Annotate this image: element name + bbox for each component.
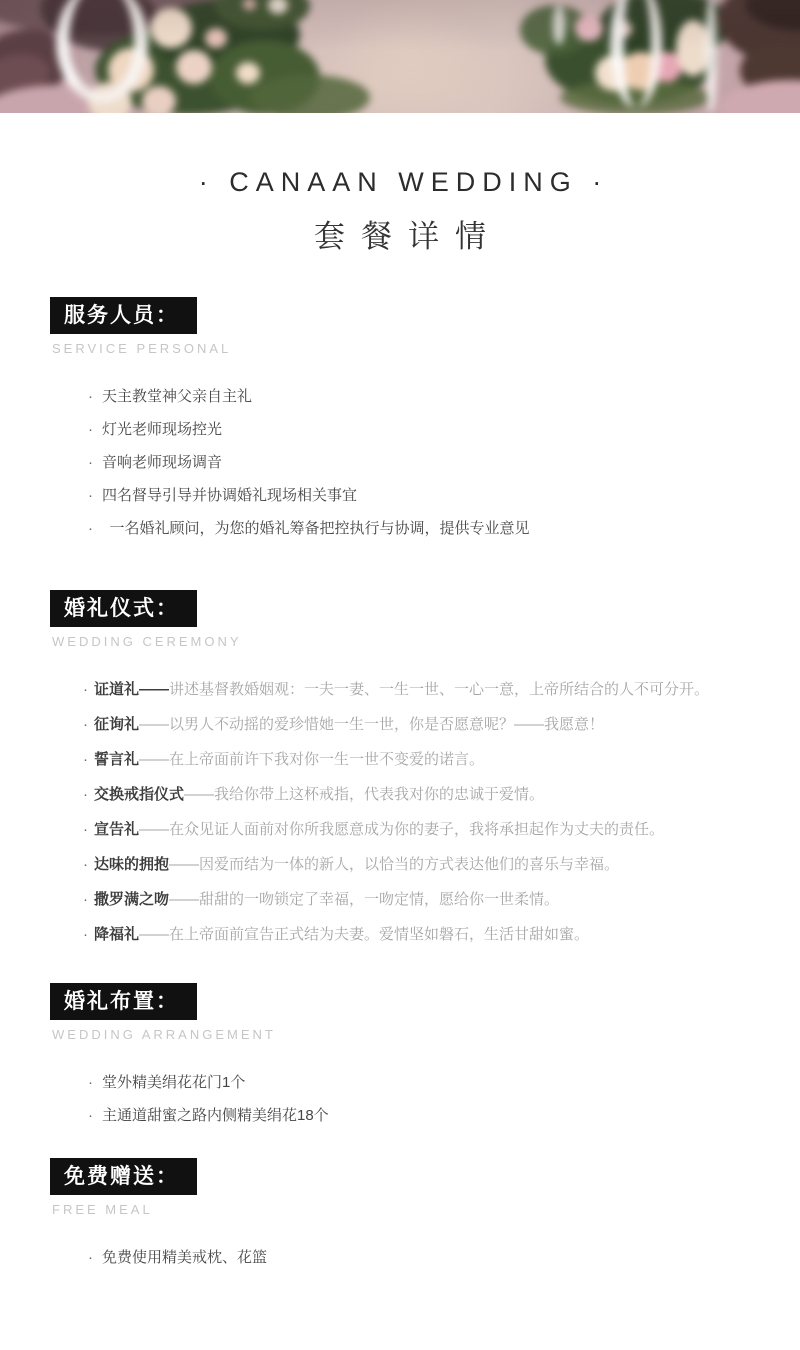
list-item: ·撒罗满之吻——甜甜的一吻锁定了幸福，一吻定情，愿给你一世柔情。: [83, 882, 800, 917]
section-title-badge: 婚礼仪式：: [50, 590, 197, 627]
list-item: ·宣告礼——在众见证人面前对你所我愿意成为你的妻子，我将承担起作为丈夫的责任。: [83, 812, 800, 847]
bullet-icon: ·: [83, 716, 88, 733]
ritual-term: 降福礼: [94, 926, 139, 943]
bullet-icon: ·: [83, 891, 88, 908]
bullet-icon: ·: [88, 1249, 93, 1266]
list-item: ·征询礼——以男人不动摇的爱珍惜她一生一世，你是否愿意呢？——我愿意！: [83, 707, 800, 742]
list-item-text: 主通道甜蜜之路内侧精美绢花18个: [102, 1107, 329, 1124]
ritual-term: 誓言礼: [94, 751, 139, 768]
ritual-term: 达味的拥抱: [94, 856, 169, 873]
ritual-desc: ——因爱而结为一体的新人，以恰当的方式表达他们的喜乐与幸福。: [169, 856, 619, 873]
list-item: ·证道礼——讲述基督教婚姻观：一夫一妻、一生一世、一心一意，上帝所结合的人不可分…: [83, 672, 800, 707]
list-item-text: 堂外精美绢花花门1个: [102, 1074, 245, 1091]
section-subtitle: SERVICE PERSONAL: [52, 341, 800, 356]
banner-floor-right: [720, 80, 800, 113]
brand-title: · CANAAN WEDDING ·: [0, 167, 800, 198]
ritual-desc: ——在众见证人面前对你所我愿意成为你的妻子，我将承担起作为丈夫的责任。: [139, 821, 664, 838]
gift-list: ·免费使用精美戒枕、花篮: [50, 1241, 800, 1274]
ritual-term: 征询礼: [94, 716, 139, 733]
section-service-personnel: 服务人员： SERVICE PERSONAL ·天主教堂神父亲自主礼 ·灯光老师…: [0, 256, 800, 545]
ritual-term: 证道礼——: [94, 681, 169, 698]
bullet-icon: ·: [88, 487, 93, 504]
list-item-text: 免费使用精美戒枕、花篮: [102, 1249, 267, 1266]
section-free-gift: 免费赠送： FREE MEAL ·免费使用精美戒枕、花篮: [0, 1132, 800, 1274]
banner-white-post: [705, 0, 717, 113]
section-subtitle: FREE MEAL: [52, 1202, 800, 1217]
ritual-desc: ——以男人不动摇的爱珍惜她一生一世，你是否愿意呢？——我愿意！: [139, 716, 604, 733]
ritual-desc: ——甜甜的一吻锁定了幸福，一吻定情，愿给你一世柔情。: [169, 891, 559, 908]
ritual-term: 撒罗满之吻: [94, 891, 169, 908]
list-item-text: 灯光老师现场控光: [102, 421, 222, 438]
bullet-icon: ·: [83, 821, 88, 838]
ritual-desc: ——我给你带上这杯戒指，代表我对你的忠诚于爱情。: [184, 786, 544, 803]
list-item: ·誓言礼——在上帝面前许下我对你一生一世不变爱的诺言。: [83, 742, 800, 777]
page-header: · CANAAN WEDDING · 套餐详情: [0, 167, 800, 256]
arrangement-list: ·堂外精美绢花花门1个 ·主通道甜蜜之路内侧精美绢花18个: [50, 1066, 800, 1132]
section-subtitle: WEDDING CEREMONY: [52, 634, 800, 649]
banner-rose: [176, 50, 212, 84]
bullet-icon: ·: [83, 681, 88, 698]
list-item: · 一名婚礼顾问，为您的婚礼筹备把控执行与协调，提供专业意见: [88, 512, 800, 545]
list-item-text: 天主教堂神父亲自主礼: [102, 388, 252, 405]
banner-rose: [205, 28, 227, 48]
banner-foliage-left: [250, 75, 370, 113]
page-title: 套餐详情: [0, 211, 800, 256]
banner-rose: [575, 15, 603, 41]
list-item: ·天主教堂神父亲自主礼: [88, 380, 800, 413]
bullet-icon: ·: [83, 751, 88, 768]
banner-rose: [142, 86, 176, 113]
bullet-icon: ·: [88, 421, 93, 438]
ritual-desc: ——在上帝面前宣告正式结为夫妻。爱情坚如磐石，生活甘甜如蜜。: [139, 926, 589, 943]
list-item: ·灯光老师现场控光: [88, 413, 800, 446]
bullet-icon: ·: [88, 454, 93, 471]
ritual-term: 交换戒指仪式: [94, 786, 184, 803]
bullet-icon: ·: [88, 1107, 93, 1124]
list-item: ·达味的拥抱——因爱而结为一体的新人，以恰当的方式表达他们的喜乐与幸福。: [83, 847, 800, 882]
list-item-text: 一名婚礼顾问，为您的婚礼筹备把控执行与协调，提供专业意见: [102, 520, 530, 537]
list-item-text: 四名督导引导并协调婚礼现场相关事宜: [102, 487, 357, 504]
bullet-icon: ·: [88, 520, 93, 537]
bullet-icon: ·: [88, 1074, 93, 1091]
list-item-text: 音响老师现场调音: [102, 454, 222, 471]
banner-art-layer: [0, 0, 800, 113]
banner-white-post: [553, 5, 565, 45]
section-subtitle: WEDDING ARRANGEMENT: [52, 1027, 800, 1042]
list-item: ·交换戒指仪式——我给你带上这杯戒指，代表我对你的忠诚于爱情。: [83, 777, 800, 812]
section-title-badge: 婚礼布置：: [50, 983, 197, 1020]
list-item: ·主通道甜蜜之路内侧精美绢花18个: [88, 1099, 800, 1132]
bullet-icon: ·: [83, 786, 88, 803]
bullet-icon: ·: [88, 388, 93, 405]
ceremony-list: ·证道礼——讲述基督教婚姻观：一夫一妻、一生一世、一心一意，上帝所结合的人不可分…: [50, 672, 800, 952]
section-wedding-ceremony: 婚礼仪式： WEDDING CEREMONY ·证道礼——讲述基督教婚姻观：一夫…: [0, 545, 800, 952]
list-item: ·免费使用精美戒枕、花篮: [88, 1241, 800, 1274]
section-title-badge: 免费赠送：: [50, 1158, 197, 1195]
bullet-icon: ·: [83, 856, 88, 873]
list-item: ·四名督导引导并协调婚礼现场相关事宜: [88, 479, 800, 512]
section-wedding-arrangement: 婚礼布置： WEDDING ARRANGEMENT ·堂外精美绢花花门1个 ·主…: [0, 952, 800, 1132]
list-item: ·音响老师现场调音: [88, 446, 800, 479]
ritual-desc: ——在上帝面前许下我对你一生一世不变爱的诺言。: [139, 751, 484, 768]
ritual-desc: 讲述基督教婚姻观：一夫一妻、一生一世、一心一意，上帝所结合的人不可分开。: [169, 681, 709, 698]
ritual-term: 宣告礼: [94, 821, 139, 838]
service-list: ·天主教堂神父亲自主礼 ·灯光老师现场控光 ·音响老师现场调音 ·四名督导引导并…: [50, 380, 800, 545]
section-title-badge: 服务人员：: [50, 297, 197, 334]
banner-rose: [236, 62, 260, 84]
list-item: ·降福礼——在上帝面前宣告正式结为夫妻。爱情坚如磐石，生活甘甜如蜜。: [83, 917, 800, 952]
banner-rose: [150, 8, 192, 48]
hero-banner-image: [0, 0, 800, 113]
bullet-icon: ·: [83, 926, 88, 943]
list-item: ·堂外精美绢花花门1个: [88, 1066, 800, 1099]
